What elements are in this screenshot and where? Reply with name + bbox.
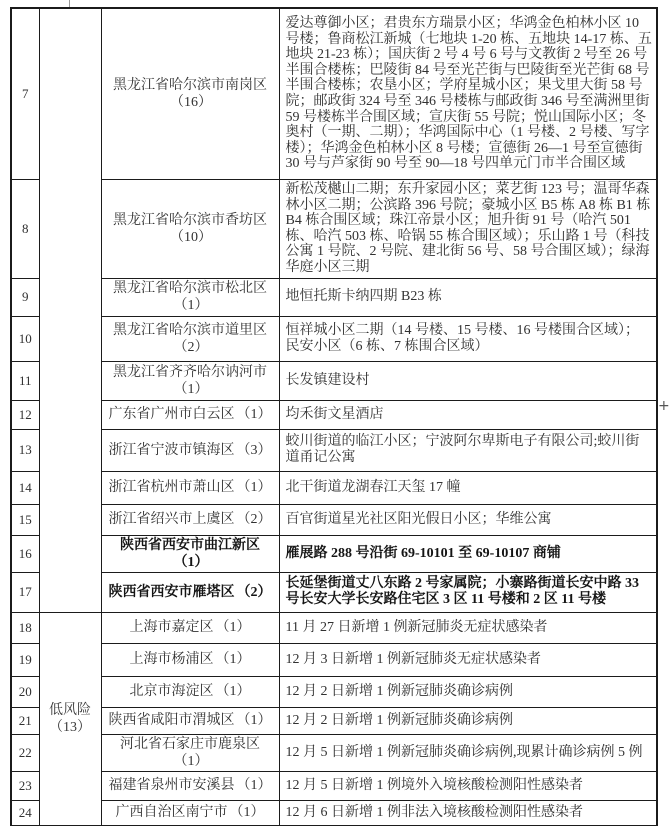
- region-count: （1）: [216, 619, 251, 636]
- row-number-cell: 11: [11, 361, 39, 400]
- table-row: 12 广东省广州市白云区（1） 均禾街文星酒店: [11, 400, 657, 429]
- row-number-cell: 20: [11, 676, 39, 707]
- table-row: 23 福建省泉州市安溪县（1） 12 月 5 日新增 1 例境外入境核酸检测阳性…: [11, 771, 657, 800]
- row-number-cell: 7: [11, 8, 39, 180]
- detail-cell: 爱达尊御小区；君贵东方瑞景小区；华鸿金色柏林小区 10 号楼；鲁商松江新城（七地…: [279, 8, 657, 180]
- row-number-cell: 8: [11, 180, 39, 279]
- risk-area-table: 7 黑龙江省哈尔滨市南岗区（16） 爱达尊御小区；君贵东方瑞景小区；华鸿金色柏林…: [10, 7, 658, 826]
- region-cell: 浙江省宁波市镇海区（3）: [101, 429, 279, 471]
- table-row: 18 低风险 （13） 上海市嘉定区（1） 11 月 27 日新增 1 例新冠肺…: [11, 612, 657, 643]
- table-plus-handle[interactable]: +: [658, 399, 669, 413]
- table-row: 14 浙江省杭州市萧山区（1） 北干街道龙湖春江天玺 17 幢: [11, 471, 657, 504]
- detail-cell: 百官街道星光社区阳光假日小区；华维公寓: [279, 504, 657, 535]
- detail-cell: 雁展路 288 号沿街 69-10101 至 69-10107 商铺: [279, 535, 657, 572]
- region-name: 河北省石家庄市鹿泉区: [120, 737, 260, 752]
- region-count: （3）: [237, 442, 272, 459]
- region-cell: 河北省石家庄市鹿泉区（1）: [101, 734, 279, 771]
- row-number-cell: 15: [11, 504, 39, 535]
- region-count: （1）: [237, 479, 272, 496]
- risk-area-table-body: 7 黑龙江省哈尔滨市南岗区（16） 爱达尊御小区；君贵东方瑞景小区；华鸿金色柏林…: [11, 8, 657, 826]
- row-number-cell: 17: [11, 572, 39, 612]
- detail-cell: 12 月 6 日新增 1 例非法入境核酸检测阳性感染者: [279, 800, 657, 826]
- region-count: （1）: [174, 554, 209, 571]
- region-name: 广西自治区南宁市: [116, 805, 228, 820]
- region-count: （2）: [237, 511, 272, 528]
- region-count: （1）: [237, 712, 272, 729]
- region-name: 黑龙江省哈尔滨市南岗区: [113, 78, 267, 93]
- detail-cell: 12 月 3 日新增 1 例新冠肺炎无症状感染者: [279, 643, 657, 676]
- row-number-cell: 23: [11, 771, 39, 800]
- region-name: 浙江省杭州市萧山区: [109, 480, 235, 495]
- region-name: 上海市杨浦区: [130, 652, 214, 667]
- table-row: 10 黑龙江省哈尔滨市道里区（2） 恒祥城小区二期（14 号楼、15 号楼、16…: [11, 316, 657, 361]
- region-name: 黑龙江省哈尔滨市香坊区: [113, 213, 267, 228]
- detail-cell: 12 月 5 日新增 1 例新冠肺炎确诊病例,现累计确诊病例 5 例: [279, 734, 657, 771]
- detail-cell: 蛟川街道的临江小区；宁波阿尔卑斯电子有限公司;蛟川街道甬记公寓: [279, 429, 657, 471]
- region-count: （2）: [237, 584, 272, 601]
- table-row: 13 浙江省宁波市镇海区（3） 蛟川街道的临江小区；宁波阿尔卑斯电子有限公司;蛟…: [11, 429, 657, 471]
- region-count: （1）: [230, 804, 265, 821]
- region-cell: 陕西省西安市雁塔区（2）: [101, 572, 279, 612]
- row-number-cell: 19: [11, 643, 39, 676]
- detail-cell: 新松茂樾山二期；东升家园小区；菜艺街 123 号；温哥华森林小区二期；公滨路 3…: [279, 180, 657, 279]
- detail-cell: 均禾街文星酒店: [279, 400, 657, 429]
- table-row: 11 黑龙江省齐齐哈尔讷河市（1） 长发镇建设村: [11, 361, 657, 400]
- table-row: 19 上海市杨浦区（1） 12 月 3 日新增 1 例新冠肺炎无症状感染者: [11, 643, 657, 676]
- region-cell: 浙江省绍兴市上虞区（2）: [101, 504, 279, 535]
- row-number-cell: 22: [11, 734, 39, 771]
- detail-cell: 长延堡街道丈八东路 2 号家属院；小寨路街道长安中路 33 号长安大学长安路住宅…: [279, 572, 657, 612]
- region-count: （1）: [237, 406, 272, 423]
- region-cell: 浙江省杭州市萧山区（1）: [101, 471, 279, 504]
- region-cell: 黑龙江省哈尔滨市香坊区（10）: [101, 180, 279, 279]
- region-name: 陕西省咸阳市渭城区: [109, 713, 235, 728]
- region-cell: 广西自治区南宁市（1）: [101, 800, 279, 826]
- region-count: （1）: [174, 297, 209, 314]
- region-name: 黑龙江省哈尔滨市松北区: [113, 281, 267, 296]
- region-cell: 上海市杨浦区（1）: [101, 643, 279, 676]
- table-row: 21 陕西省咸阳市渭城区（1） 12 月 2 日新增 1 例新冠肺炎确诊病例: [11, 707, 657, 734]
- detail-cell: 11 月 27 日新增 1 例新冠肺炎无症状感染者: [279, 612, 657, 643]
- document-page: 7 黑龙江省哈尔滨市南岗区（16） 爱达尊御小区；君贵东方瑞景小区；华鸿金色柏林…: [0, 0, 669, 826]
- region-name: 黑龙江省齐齐哈尔讷河市: [113, 365, 267, 380]
- row-number-cell: 12: [11, 400, 39, 429]
- region-cell: 黑龙江省哈尔滨市道里区（2）: [101, 316, 279, 361]
- region-cell: 陕西省咸阳市渭城区（1）: [101, 707, 279, 734]
- table-row: 16 陕西省西安市曲江新区（1） 雁展路 288 号沿街 69-10101 至 …: [11, 535, 657, 572]
- detail-cell: 12 月 2 日新增 1 例新冠肺炎确诊病例: [279, 676, 657, 707]
- table-row: 24 广西自治区南宁市（1） 12 月 6 日新增 1 例非法入境核酸检测阳性感…: [11, 800, 657, 826]
- row-number-cell: 10: [11, 316, 39, 361]
- region-count: （1）: [237, 777, 272, 794]
- table-row: 15 浙江省绍兴市上虞区（2） 百官街道星光社区阳光假日小区；华维公寓: [11, 504, 657, 535]
- region-count: （1）: [216, 683, 251, 700]
- detail-cell: 北干街道龙湖春江天玺 17 幢: [279, 471, 657, 504]
- detail-cell: 长发镇建设村: [279, 361, 657, 400]
- region-name: 浙江省绍兴市上虞区: [109, 512, 235, 527]
- region-name: 广东省广州市白云区: [109, 407, 235, 422]
- row-number-cell: 16: [11, 535, 39, 572]
- region-cell: 北京市海淀区（1）: [101, 676, 279, 707]
- detail-cell: 12 月 2 日新增 1 例新冠肺炎确诊病例: [279, 707, 657, 734]
- region-name: 浙江省宁波市镇海区: [109, 443, 235, 458]
- region-cell: 广东省广州市白云区（1）: [101, 400, 279, 429]
- region-cell: 上海市嘉定区（1）: [101, 612, 279, 643]
- row-number-cell: 13: [11, 429, 39, 471]
- region-cell: 黑龙江省哈尔滨市南岗区（16）: [101, 8, 279, 180]
- region-count: （2）: [174, 339, 209, 356]
- detail-cell: 12 月 5 日新增 1 例境外入境核酸检测阳性感染者: [279, 771, 657, 800]
- table-row: 9 黑龙江省哈尔滨市松北区（1） 地恒托斯卡纳四期 B23 栋: [11, 278, 657, 316]
- region-count: （1）: [174, 753, 209, 770]
- risk-level-cell: 低风险 （13）: [39, 612, 101, 826]
- region-name: 陕西省西安市曲江新区: [120, 538, 260, 553]
- region-count: （1）: [216, 651, 251, 668]
- detail-cell: 恒祥城小区二期（14 号楼、15 号楼、16 号楼围合区域）；民安小区（6 栋、…: [279, 316, 657, 361]
- row-number-cell: 24: [11, 800, 39, 826]
- row-number-cell: 21: [11, 707, 39, 734]
- region-name: 黑龙江省哈尔滨市道里区: [113, 323, 267, 338]
- row-number-cell: 18: [11, 612, 39, 643]
- region-name: 北京市海淀区: [130, 684, 214, 699]
- region-cell: 陕西省西安市曲江新区（1）: [101, 535, 279, 572]
- region-count: （10）: [170, 229, 212, 246]
- table-row: 20 北京市海淀区（1） 12 月 2 日新增 1 例新冠肺炎确诊病例: [11, 676, 657, 707]
- region-cell: 福建省泉州市安溪县（1）: [101, 771, 279, 800]
- region-count: （1）: [174, 381, 209, 398]
- row-number-cell: 14: [11, 471, 39, 504]
- table-row: 7 黑龙江省哈尔滨市南岗区（16） 爱达尊御小区；君贵东方瑞景小区；华鸿金色柏林…: [11, 8, 657, 180]
- region-name: 上海市嘉定区: [130, 620, 214, 635]
- table-row: 8 黑龙江省哈尔滨市香坊区（10） 新松茂樾山二期；东升家园小区；菜艺街 123…: [11, 180, 657, 279]
- region-name: 福建省泉州市安溪县: [109, 778, 235, 793]
- risk-level-cell: [39, 8, 101, 612]
- region-count: （16）: [170, 94, 212, 111]
- table-row: 22 河北省石家庄市鹿泉区（1） 12 月 5 日新增 1 例新冠肺炎确诊病例,…: [11, 734, 657, 771]
- row-number-cell: 9: [11, 278, 39, 316]
- table-row: 17 陕西省西安市雁塔区（2） 长延堡街道丈八东路 2 号家属院；小寨路街道长安…: [11, 572, 657, 612]
- region-cell: 黑龙江省哈尔滨市松北区（1）: [101, 278, 279, 316]
- detail-cell: 地恒托斯卡纳四期 B23 栋: [279, 278, 657, 316]
- region-cell: 黑龙江省齐齐哈尔讷河市（1）: [101, 361, 279, 400]
- region-name: 陕西省西安市雁塔区: [109, 585, 235, 600]
